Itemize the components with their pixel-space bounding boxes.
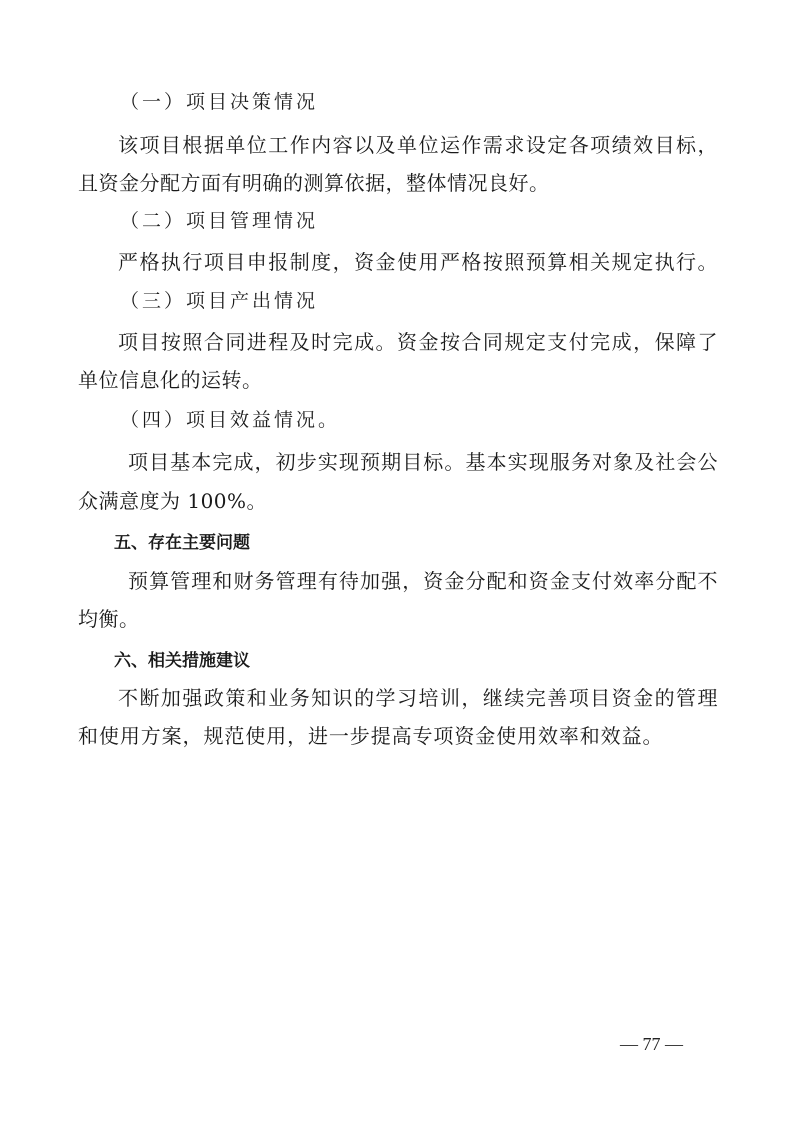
paragraph-benefit-line-1: 项目基本完成，初步实现预期目标。基本实现服务对象及社会公 bbox=[128, 450, 718, 474]
paragraph-management-line-1: 严格执行项目申报制度，资金使用严格按照预算相关规定执行。 bbox=[118, 250, 718, 274]
paragraph-output-line-1: 项目按照合同进程及时完成。资金按合同规定支付完成，保障了 bbox=[118, 330, 718, 354]
paragraph-benefit-line-2: 众满意度为 100%。 bbox=[78, 489, 718, 513]
heading-main-problems: 五、存在主要问题 bbox=[114, 531, 754, 555]
subheading-project-management: （二）项目管理情况 bbox=[120, 209, 760, 233]
paragraph-problems-line-2: 均衡。 bbox=[78, 607, 718, 631]
page-number: — 77 — bbox=[620, 1034, 683, 1055]
paragraph-decision-line-1: 该项目根据单位工作内容以及单位运作需求设定各项绩效目标， bbox=[118, 133, 718, 157]
paragraph-problems-line-1: 预算管理和财务管理有待加强，资金分配和资金支付效率分配不 bbox=[128, 569, 718, 593]
paragraph-suggestions-line-1: 不断加强政策和业务知识的学习培训，继续完善项目资金的管理 bbox=[118, 686, 718, 710]
subheading-project-decision: （一）项目决策情况 bbox=[120, 90, 760, 114]
paragraph-output-line-2: 单位信息化的运转。 bbox=[78, 368, 718, 392]
paragraph-suggestions-line-2: 和使用方案，规范使用，进一步提高专项资金使用效率和效益。 bbox=[78, 724, 663, 748]
paragraph-decision-line-2: 且资金分配方面有明确的测算依据，整体情况良好。 bbox=[78, 171, 718, 195]
subheading-project-output: （三）项目产出情况 bbox=[120, 289, 760, 313]
subheading-project-benefit: （四）项目效益情况。 bbox=[120, 408, 760, 432]
heading-measures-suggestions: 六、相关措施建议 bbox=[114, 649, 754, 673]
